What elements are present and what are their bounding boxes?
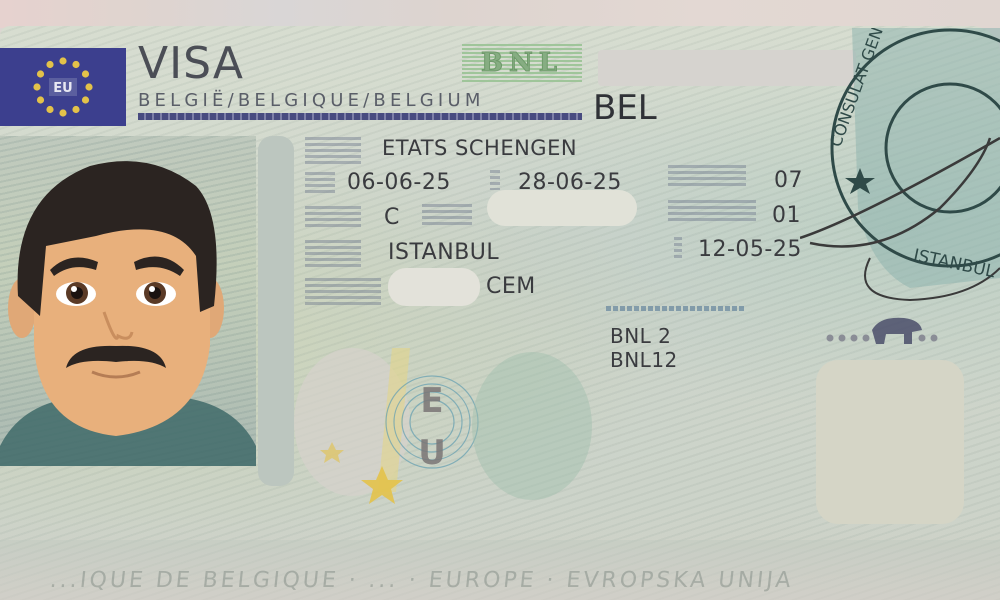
issuing-country-code: BEL [593, 88, 657, 128]
redacted-passport-number [487, 190, 637, 226]
field-remarks-line-1: BNL 2 [610, 324, 671, 348]
label-issued-in [305, 240, 361, 270]
field-valid-from: 06-06-25 [347, 170, 451, 195]
eu-stars-icon: EU [0, 48, 126, 126]
photo-redaction-strip [258, 136, 294, 486]
field-duration-of-stay: 07 [774, 168, 803, 193]
redacted-signature-area [816, 360, 964, 524]
field-remarks-line-2: BNL12 [610, 348, 678, 372]
field-number-of-entries: 01 [772, 203, 801, 228]
passport-page-edge [0, 0, 1000, 28]
consulate-stamp: CONSULAT GENERAL ISTANBUL [800, 28, 1000, 318]
field-valid-for: ETATS SCHENGEN [382, 136, 577, 160]
hologram-eu-text: E [420, 381, 443, 421]
bnl-security-mark: BNL [462, 44, 582, 82]
microtext-line [138, 113, 582, 120]
visa-title: VISA [138, 38, 244, 89]
footer-microtext: ...IQUE DE BELGIQUE · ... · EUROPE · EVR… [49, 568, 795, 593]
field-visa-type: C [384, 205, 400, 230]
label-remarks [606, 306, 746, 311]
label-until [490, 170, 500, 190]
field-place-of-issue: ISTANBUL [388, 240, 499, 265]
hologram-eu-text-2: U [418, 433, 446, 473]
belgian-lion-emblem [820, 310, 970, 360]
label-number-of-entries [668, 200, 756, 222]
holder-photo [0, 136, 256, 466]
label-passport-number [422, 204, 472, 228]
redacted-surname [388, 268, 480, 306]
label-surname-name [305, 278, 381, 308]
avatar-face-icon [0, 136, 256, 466]
label-date-of-issue [674, 237, 682, 261]
eu-flag: EU [0, 48, 126, 126]
issuing-country: BELGIË/BELGIQUE/BELGIUM [138, 90, 485, 111]
label-type-of-visa [305, 206, 361, 230]
field-date-of-issue: 12-05-25 [698, 237, 802, 262]
label-duration-of-stay [668, 165, 746, 187]
field-given-name: CEM [486, 274, 536, 299]
eu-hologram: E U [292, 342, 592, 508]
label-from [305, 172, 335, 196]
label-valid-for [305, 137, 361, 167]
eu-flag-label: EU [53, 81, 72, 96]
